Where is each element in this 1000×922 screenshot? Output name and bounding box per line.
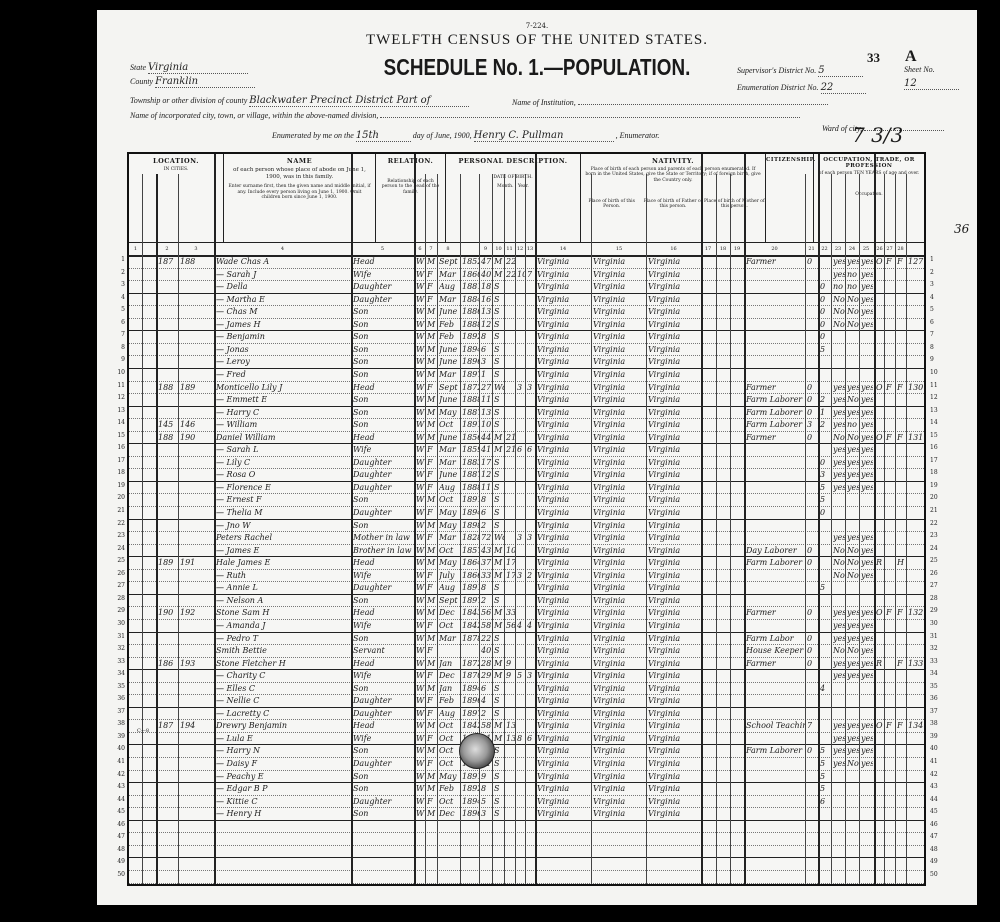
schedule-cell: 134 bbox=[908, 720, 924, 732]
mother-of-cell: 4 bbox=[517, 620, 525, 632]
birth-cell: Virginia bbox=[537, 683, 591, 695]
sex-cell: M bbox=[427, 595, 437, 607]
occupation-cell: Farmer bbox=[746, 607, 805, 619]
birth-cell: Virginia bbox=[537, 306, 591, 318]
birth-cell: Virginia bbox=[537, 469, 591, 481]
write-cell: yes bbox=[847, 457, 859, 469]
month-cell: Aug bbox=[439, 582, 459, 594]
sex-cell: M bbox=[427, 344, 437, 356]
mother-birth-cell: Virginia bbox=[648, 620, 701, 632]
age-cell: 8 bbox=[481, 494, 492, 506]
living-cell: 3 bbox=[527, 670, 535, 682]
sex-cell: M bbox=[427, 720, 437, 732]
row-number-right: 29 bbox=[930, 607, 946, 614]
father-birth-cell: Virginia bbox=[593, 771, 647, 783]
mother-birth-cell: Virginia bbox=[648, 382, 701, 394]
school-cell: 5 bbox=[820, 494, 831, 506]
year-cell: 1828 bbox=[462, 532, 480, 544]
age-cell: 12 bbox=[481, 319, 492, 331]
father-birth-cell: Virginia bbox=[593, 319, 647, 331]
english-cell: yes bbox=[861, 256, 873, 268]
relation-cell: Son bbox=[353, 419, 414, 431]
english-cell: yes bbox=[861, 294, 873, 306]
read-cell: No bbox=[833, 294, 845, 306]
age-cell: 9 bbox=[481, 771, 492, 783]
birth-cell: Virginia bbox=[537, 394, 591, 406]
relation-cell: Son bbox=[353, 783, 414, 795]
birth-cell: Virginia bbox=[537, 356, 591, 368]
row-number-right: 17 bbox=[930, 457, 946, 464]
row-number: 38 bbox=[109, 720, 125, 727]
birth-cell: Virginia bbox=[537, 494, 591, 506]
relation-cell: Brother in law bbox=[353, 545, 414, 557]
read-cell: yes bbox=[833, 758, 845, 770]
sex-cell: M bbox=[427, 394, 437, 406]
township-value: Blackwater Precinct District Part of bbox=[249, 95, 469, 107]
mother-birth-cell: Virginia bbox=[648, 695, 701, 707]
name-cell: — James E bbox=[216, 545, 351, 557]
write-cell: No bbox=[847, 319, 859, 331]
month-cell: Sept bbox=[439, 256, 459, 268]
sex-cell: F bbox=[427, 758, 437, 770]
father-birth-cell: Virginia bbox=[593, 532, 647, 544]
month-cell: Feb bbox=[439, 783, 459, 795]
sex-cell: F bbox=[427, 796, 437, 808]
family-cell: 189 bbox=[180, 382, 214, 394]
english-cell: yes bbox=[861, 733, 873, 745]
relation-cell: Daughter bbox=[353, 507, 414, 519]
write-cell: No bbox=[847, 294, 859, 306]
read-cell: yes bbox=[833, 745, 845, 757]
read-cell: yes bbox=[833, 670, 845, 682]
birth-cell: Virginia bbox=[537, 570, 591, 582]
birth-cell: Virginia bbox=[537, 771, 591, 783]
mother-of-cell: 3 bbox=[517, 532, 525, 544]
city-label: Name of incorporated city, town, or vill… bbox=[130, 111, 378, 120]
column-number: 24 bbox=[845, 243, 859, 255]
year-cell: 1892 bbox=[462, 783, 480, 795]
mother-birth-cell: Virginia bbox=[648, 419, 701, 431]
years-married-cell: 17 bbox=[506, 557, 515, 569]
name-cell: — Sarah L bbox=[216, 444, 351, 456]
months-unemp-cell: 0 bbox=[807, 256, 818, 268]
row-number: 7 bbox=[109, 331, 125, 338]
birth-cell: Virginia bbox=[537, 582, 591, 594]
row-number-right: 31 bbox=[930, 633, 946, 640]
year-cell: 1856 bbox=[462, 432, 480, 444]
enumeration-value: 22 bbox=[821, 82, 866, 94]
father-birth-cell: Virginia bbox=[593, 457, 647, 469]
name-cell: — Leroy bbox=[216, 356, 351, 368]
age-cell: 47 bbox=[481, 256, 492, 268]
name-cell: — Florence E bbox=[216, 482, 351, 494]
birth-cell: Virginia bbox=[537, 457, 591, 469]
english-cell: yes bbox=[861, 745, 873, 757]
father-birth-cell: Virginia bbox=[593, 595, 647, 607]
name-cell: Stone Fletcher H bbox=[216, 658, 351, 670]
write-cell: yes bbox=[847, 607, 859, 619]
column-number: 28 bbox=[895, 243, 906, 255]
schedule-cell: 133 bbox=[908, 658, 924, 670]
sex-cell: F bbox=[427, 294, 437, 306]
sex-cell: M bbox=[427, 745, 437, 757]
free-cell: F bbox=[886, 256, 895, 268]
family-cell: 146 bbox=[180, 419, 214, 431]
birth-cell: Virginia bbox=[537, 745, 591, 757]
father-birth-cell: Virginia bbox=[593, 444, 647, 456]
mother-of-cell: 8 bbox=[517, 733, 525, 745]
mother-of-cell: 10 bbox=[517, 269, 525, 281]
sex-cell: M bbox=[427, 808, 437, 820]
birth-cell: Virginia bbox=[537, 281, 591, 293]
english-cell: yes bbox=[861, 670, 873, 682]
months-unemp-cell: 0 bbox=[807, 545, 818, 557]
row-number: 17 bbox=[109, 457, 125, 464]
birth-cell: Virginia bbox=[537, 607, 591, 619]
margin-note: 36 bbox=[954, 222, 969, 236]
column-number: 21 bbox=[805, 243, 818, 255]
english-cell: yes bbox=[861, 407, 873, 419]
row-number: 47 bbox=[109, 833, 125, 840]
month-cell: Jan bbox=[439, 658, 459, 670]
row-number-right: 48 bbox=[930, 846, 946, 853]
column-divider bbox=[884, 174, 885, 884]
english-cell: yes bbox=[861, 281, 873, 293]
read-cell: yes bbox=[833, 407, 845, 419]
sex-cell: M bbox=[427, 369, 437, 381]
row-number: 12 bbox=[109, 394, 125, 401]
family-cell: 192 bbox=[180, 607, 214, 619]
birth-cell: Virginia bbox=[537, 796, 591, 808]
column-number: 1 bbox=[129, 243, 142, 255]
write-cell: yes bbox=[847, 469, 859, 481]
name-cell: — Thelia M bbox=[216, 507, 351, 519]
occupation-cell: Farm Labor bbox=[746, 633, 805, 645]
write-cell: yes bbox=[847, 407, 859, 419]
row-number: 15 bbox=[109, 432, 125, 439]
row-number: 45 bbox=[109, 808, 125, 815]
name-cell: — Ernest F bbox=[216, 494, 351, 506]
year-cell: 1852 bbox=[462, 256, 480, 268]
occupation-cell: Farm Laborer bbox=[746, 557, 805, 569]
birth-cell: Virginia bbox=[537, 369, 591, 381]
enumerated-day: 15th bbox=[356, 130, 411, 142]
column-divider bbox=[178, 174, 179, 884]
column-divider bbox=[591, 174, 592, 884]
row-number: 48 bbox=[109, 846, 125, 853]
read-cell: yes bbox=[833, 382, 845, 394]
english-cell: yes bbox=[861, 557, 873, 569]
name-cell: — Elles C bbox=[216, 683, 351, 695]
column-divider bbox=[414, 154, 416, 884]
name-cell: — William bbox=[216, 419, 351, 431]
relation-cell: Daughter bbox=[353, 796, 414, 808]
census-sheet: 7-224. TWELFTH CENSUS OF THE UNITED STAT… bbox=[97, 10, 977, 905]
father-birth-cell: Virginia bbox=[593, 494, 647, 506]
year-cell: 1891 bbox=[462, 771, 480, 783]
supervisor-label: Supervisor's District No. bbox=[737, 66, 816, 75]
relation-cell: Daughter bbox=[353, 482, 414, 494]
schedule-cell: 132 bbox=[908, 607, 924, 619]
location-header: LOCATION. IN CITIES. bbox=[129, 154, 224, 242]
row-number-right: 1 bbox=[930, 256, 946, 263]
name-cell: — Henry H bbox=[216, 808, 351, 820]
age-cell: 3 bbox=[481, 808, 492, 820]
years-married-cell: 10 bbox=[506, 545, 515, 557]
read-cell: No bbox=[833, 319, 845, 331]
mother-birth-cell: Virginia bbox=[648, 520, 701, 532]
name-cell: — Harry C bbox=[216, 407, 351, 419]
month-cell: Oct bbox=[439, 545, 459, 557]
months-unemp-cell: 0 bbox=[807, 394, 818, 406]
relation-cell: Son bbox=[353, 771, 414, 783]
father-birth-cell: Virginia bbox=[593, 683, 647, 695]
year-cell: 1891 bbox=[462, 582, 480, 594]
row-number-right: 43 bbox=[930, 783, 946, 790]
name-cell: Daniel William bbox=[216, 432, 351, 444]
relation-cell: Son bbox=[353, 683, 414, 695]
year-cell: 1870 bbox=[462, 670, 480, 682]
occupation-cell: Farm Laborer bbox=[746, 407, 805, 419]
month-cell: May bbox=[439, 507, 459, 519]
enumerator-name: Henry C. Pullman bbox=[474, 130, 614, 142]
write-cell: No bbox=[847, 645, 859, 657]
birth-cell: Virginia bbox=[537, 294, 591, 306]
age-cell: 17 bbox=[481, 457, 492, 469]
age-cell: 37 bbox=[481, 557, 492, 569]
farm-cell: F bbox=[897, 382, 906, 394]
column-number: 23 bbox=[831, 243, 845, 255]
months-unemp-cell: 0 bbox=[807, 645, 818, 657]
family-cell: 190 bbox=[180, 432, 214, 444]
school-cell: 0 bbox=[820, 294, 831, 306]
sex-cell: F bbox=[427, 281, 437, 293]
year-cell: 1884 bbox=[462, 294, 480, 306]
name-cell: — Jonas bbox=[216, 344, 351, 356]
relation-cell: Head bbox=[353, 607, 414, 619]
row-number-right: 8 bbox=[930, 344, 946, 351]
relation-cell: Son bbox=[353, 306, 414, 318]
year-cell: 1888 bbox=[462, 319, 480, 331]
mother-birth-cell: Virginia bbox=[648, 394, 701, 406]
write-cell: yes bbox=[847, 382, 859, 394]
row-number: 6 bbox=[109, 319, 125, 326]
mother-birth-cell: Virginia bbox=[648, 570, 701, 582]
father-birth-cell: Virginia bbox=[593, 645, 647, 657]
sex-cell: M bbox=[427, 256, 437, 268]
row-number: 24 bbox=[109, 545, 125, 552]
mother-birth-cell: Virginia bbox=[648, 557, 701, 569]
mother-birth-cell: Virginia bbox=[648, 708, 701, 720]
mother-birth-cell: Virginia bbox=[648, 269, 701, 281]
name-cell: — Rosa O bbox=[216, 469, 351, 481]
column-divider bbox=[156, 174, 158, 884]
sex-cell: M bbox=[427, 607, 437, 619]
english-cell: yes bbox=[861, 306, 873, 318]
column-divider bbox=[437, 174, 438, 884]
relation-cell: Son bbox=[353, 344, 414, 356]
sex-cell: M bbox=[427, 783, 437, 795]
birth-cell: Virginia bbox=[537, 419, 591, 431]
birth-cell: Virginia bbox=[537, 720, 591, 732]
state-label: State bbox=[130, 63, 146, 72]
name-cell: — Peachy E bbox=[216, 771, 351, 783]
father-birth-cell: Virginia bbox=[593, 482, 647, 494]
dwelling-cell: 145 bbox=[158, 419, 178, 431]
row-number: 36 bbox=[109, 695, 125, 702]
age-cell: 2 bbox=[481, 708, 492, 720]
years-married-cell: 17 bbox=[506, 570, 515, 582]
relation-cell: Head bbox=[353, 658, 414, 670]
read-cell: yes bbox=[833, 482, 845, 494]
family-cell: 191 bbox=[180, 557, 214, 569]
relation-cell: Daughter bbox=[353, 281, 414, 293]
row-number-right: 20 bbox=[930, 494, 946, 501]
sex-cell: F bbox=[427, 507, 437, 519]
month-cell: June bbox=[439, 356, 459, 368]
column-divider bbox=[831, 174, 832, 884]
birth-cell: Virginia bbox=[537, 507, 591, 519]
father-birth-cell: Virginia bbox=[593, 344, 647, 356]
mother-birth-cell: Virginia bbox=[648, 645, 701, 657]
month-cell: May bbox=[439, 520, 459, 532]
father-birth-cell: Virginia bbox=[593, 658, 647, 670]
birth-cell: Virginia bbox=[537, 645, 591, 657]
column-number: 3 bbox=[178, 243, 214, 255]
read-cell: No bbox=[833, 557, 845, 569]
row-number-right: 41 bbox=[930, 758, 946, 765]
row-number: 26 bbox=[109, 570, 125, 577]
row-number: 28 bbox=[109, 595, 125, 602]
year-cell: 1898 bbox=[462, 520, 480, 532]
township-label: Township or other division of county bbox=[130, 96, 247, 105]
name-cell: — James H bbox=[216, 319, 351, 331]
occupation-cell: Farmer bbox=[746, 432, 805, 444]
column-number: 18 bbox=[716, 243, 730, 255]
write-cell: No bbox=[847, 557, 859, 569]
row-number-right: 6 bbox=[930, 319, 946, 326]
months-unemp-cell: 0 bbox=[807, 407, 818, 419]
father-birth-cell: Virginia bbox=[593, 306, 647, 318]
school-cell: 1 bbox=[820, 407, 831, 419]
column-divider bbox=[142, 174, 143, 884]
relation-cell: Son bbox=[353, 808, 414, 820]
write-cell: yes bbox=[847, 532, 859, 544]
year-cell: 1883 bbox=[462, 457, 480, 469]
row-number: 42 bbox=[109, 771, 125, 778]
farm-cell: F bbox=[897, 658, 906, 670]
read-cell: yes bbox=[833, 256, 845, 268]
column-divider bbox=[818, 154, 820, 884]
sex-cell: M bbox=[427, 545, 437, 557]
month-cell: May bbox=[439, 771, 459, 783]
school-cell: 5 bbox=[820, 582, 831, 594]
read-cell: yes bbox=[833, 607, 845, 619]
month-cell: Oct bbox=[439, 733, 459, 745]
english-cell: yes bbox=[861, 457, 873, 469]
row-number: 32 bbox=[109, 645, 125, 652]
row-number-right: 12 bbox=[930, 394, 946, 401]
birth-cell: Virginia bbox=[537, 407, 591, 419]
birth-cell: Virginia bbox=[537, 532, 591, 544]
birth-cell: Virginia bbox=[537, 658, 591, 670]
year-cell: 1872 bbox=[462, 382, 480, 394]
name-cell: Wade Chas A bbox=[216, 256, 351, 268]
age-cell: 29 bbox=[481, 670, 492, 682]
row-number-right: 28 bbox=[930, 595, 946, 602]
read-cell: yes bbox=[833, 733, 845, 745]
farm-cell: F bbox=[897, 720, 906, 732]
father-birth-cell: Virginia bbox=[593, 507, 647, 519]
month-cell: Oct bbox=[439, 419, 459, 431]
age-cell: 6 bbox=[481, 507, 492, 519]
months-unemp-cell: 0 bbox=[807, 658, 818, 670]
school-cell: 3 bbox=[820, 469, 831, 481]
month-cell: Mar bbox=[439, 369, 459, 381]
column-number: 27 bbox=[884, 243, 895, 255]
years-married-cell: 9 bbox=[506, 658, 515, 670]
month-cell: Dec bbox=[439, 670, 459, 682]
months-unemp-cell: 3 bbox=[807, 419, 818, 431]
mother-birth-cell: Virginia bbox=[648, 683, 701, 695]
years-married-cell: 21 bbox=[506, 432, 515, 444]
month-cell: June bbox=[439, 432, 459, 444]
year-cell: 1864 bbox=[462, 557, 480, 569]
row-number: 44 bbox=[109, 796, 125, 803]
english-cell: yes bbox=[861, 545, 873, 557]
column-number: 17 bbox=[701, 243, 715, 255]
write-cell: no bbox=[847, 281, 859, 293]
name-cell: — Amanda J bbox=[216, 620, 351, 632]
column-divider bbox=[845, 174, 846, 884]
row-number-right: 42 bbox=[930, 771, 946, 778]
sex-cell: M bbox=[427, 771, 437, 783]
birth-cell: Virginia bbox=[537, 557, 591, 569]
county-field: County Franklin bbox=[130, 76, 255, 88]
row-number-right: 9 bbox=[930, 356, 946, 363]
name-cell: — Kittie C bbox=[216, 796, 351, 808]
english-cell: yes bbox=[861, 633, 873, 645]
school-cell: 5 bbox=[820, 771, 831, 783]
father-birth-cell: Virginia bbox=[593, 356, 647, 368]
row-number-right: 22 bbox=[930, 520, 946, 527]
relation-cell: Head bbox=[353, 256, 414, 268]
school-cell: 2 bbox=[820, 419, 831, 431]
year-cell: 1843 bbox=[462, 607, 480, 619]
father-birth-cell: Virginia bbox=[593, 369, 647, 381]
row-number: 46 bbox=[109, 821, 125, 828]
month-cell: Mar bbox=[439, 444, 459, 456]
school-cell: 0 bbox=[820, 281, 831, 293]
relation-cell: Wife bbox=[353, 620, 414, 632]
father-birth-cell: Virginia bbox=[593, 783, 647, 795]
year-cell: 1842 bbox=[462, 720, 480, 732]
row-number: 37 bbox=[109, 708, 125, 715]
relation-cell: Daughter bbox=[353, 758, 414, 770]
year-cell: 1872 bbox=[462, 658, 480, 670]
write-cell: No bbox=[847, 758, 859, 770]
row-number: 3 bbox=[109, 281, 125, 288]
sex-cell: F bbox=[427, 670, 437, 682]
row-number-right: 46 bbox=[930, 821, 946, 828]
row-number-right: 23 bbox=[930, 532, 946, 539]
birth-cell: Virginia bbox=[537, 256, 591, 268]
row-number: 18 bbox=[109, 469, 125, 476]
sex-cell: F bbox=[427, 570, 437, 582]
father-birth-cell: Virginia bbox=[593, 545, 647, 557]
column-divider bbox=[525, 174, 526, 884]
mother-birth-cell: Virginia bbox=[648, 294, 701, 306]
